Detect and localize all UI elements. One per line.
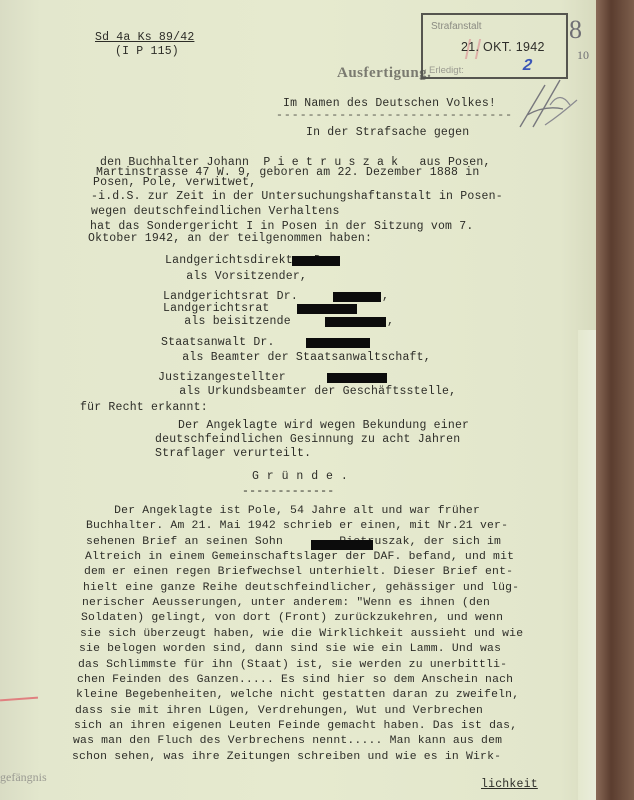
pencil-signature-icon: [515, 45, 585, 140]
copy-label: Ausfertigung.: [337, 66, 431, 80]
reasons-line: chen Feinden des Ganzen..... Es sind hie…: [77, 673, 513, 687]
redaction-bar: [297, 304, 357, 314]
folder-edge: [596, 0, 634, 800]
verdict-line: Der Angeklagte wird wegen Bekundung eine…: [178, 419, 469, 433]
punctuation: ,: [382, 290, 389, 304]
redaction-son-name: [311, 540, 373, 550]
continuation-word: lichkeit: [481, 778, 538, 792]
reasons-line: Der Angeklagte ist Pole, 54 Jahre alt un…: [86, 504, 480, 518]
reasons-line: nerischer Aeusserungen, unter anderem: "…: [82, 596, 490, 610]
court-member-line: Staatsanwalt Dr.: [161, 336, 275, 350]
court-member-line: als Vorsitzender,: [165, 270, 307, 284]
file-reference: Sd 4a Ks 89/42: [95, 31, 194, 45]
title-line-2: In der Strafsache gegen: [306, 126, 469, 140]
redaction-bar: [292, 256, 340, 266]
title-divider: ------------------------------: [276, 109, 513, 123]
defendant-line: Oktober 1942, an der teilgenommen haben:: [88, 232, 372, 246]
redaction-bar: [306, 338, 370, 348]
reasons-line: was man den Fluch des Verbrechens nennt.…: [73, 734, 502, 748]
redaction-bar: [327, 373, 387, 383]
margin-note: gefängnis: [0, 770, 47, 785]
court-member-line: Landgerichtsrat: [163, 302, 270, 316]
sub-reference: (I P 115): [115, 45, 179, 59]
redaction-bar: [325, 317, 386, 327]
reasons-line: dass sie mit ihren Lügen, Verdrehungen, …: [75, 704, 483, 718]
reasons-line: dem er einen regen Briefwechsel unterhie…: [84, 565, 513, 579]
reasons-line: schon sehen, was ihre Zeitungen schreibe…: [72, 750, 501, 764]
reasons-line: hielt eine ganze Reihe deutschfeindliche…: [83, 581, 519, 595]
court-member-line: als Beamter der Staatsanwaltschaft,: [161, 351, 431, 365]
punctuation: ,: [387, 315, 394, 329]
reasons-line: sehenen Brief an seinen Sohn Pietruszak,…: [86, 535, 501, 549]
court-member-line: als beisitzende: [163, 315, 291, 329]
reasons-line: das Schlimmste für ihn (Staat) ist, sie …: [78, 658, 507, 672]
redaction-bar: [333, 292, 381, 302]
reasons-line: kleine Begebenheiten, welche nicht gesta…: [76, 688, 519, 702]
reasons-heading: G r ü n d e .: [252, 470, 348, 484]
stamp-erledigt: Erledigt:: [429, 65, 464, 76]
verdict-line: deutschfeindlichen Gesinnung zu acht Jah…: [155, 433, 460, 447]
reasons-underline: -------------: [242, 485, 334, 499]
pencil-mark-folio: 8: [569, 15, 582, 45]
reasons-line: sie belogen worden sind, dann sind sie w…: [79, 642, 501, 656]
verdict-intro: für Recht erkannt:: [80, 401, 208, 415]
court-member-line: als Urkundsbeamter der Geschäftsstelle,: [158, 385, 456, 399]
reasons-line: sich an ihren eigenen Leuten Feinde gema…: [74, 719, 517, 733]
defendant-line: -i.d.S. zur Zeit in der Untersuchungshaf…: [91, 190, 503, 204]
verdict-line: Straflager verurteilt.: [155, 447, 311, 461]
stamp-institution: Strafanstalt: [431, 21, 482, 32]
reasons-line: Soldaten) gelingt, von dort (Front) zurü…: [81, 611, 503, 625]
court-member-line: Justizangestellter: [158, 371, 286, 385]
defendant-line: wegen deutschfeindlichen Verhaltens: [91, 205, 340, 219]
reasons-line: Buchhalter. Am 21. Mai 1942 schrieb er e…: [86, 519, 508, 533]
reasons-line: sie sich überzeugt haben, wie die Wirkli…: [80, 627, 523, 641]
reasons-line: Altreich in einem Gemeinschaftslager der…: [85, 550, 514, 564]
defendant-line: Posen, Pole, verwitwet,: [93, 176, 256, 190]
